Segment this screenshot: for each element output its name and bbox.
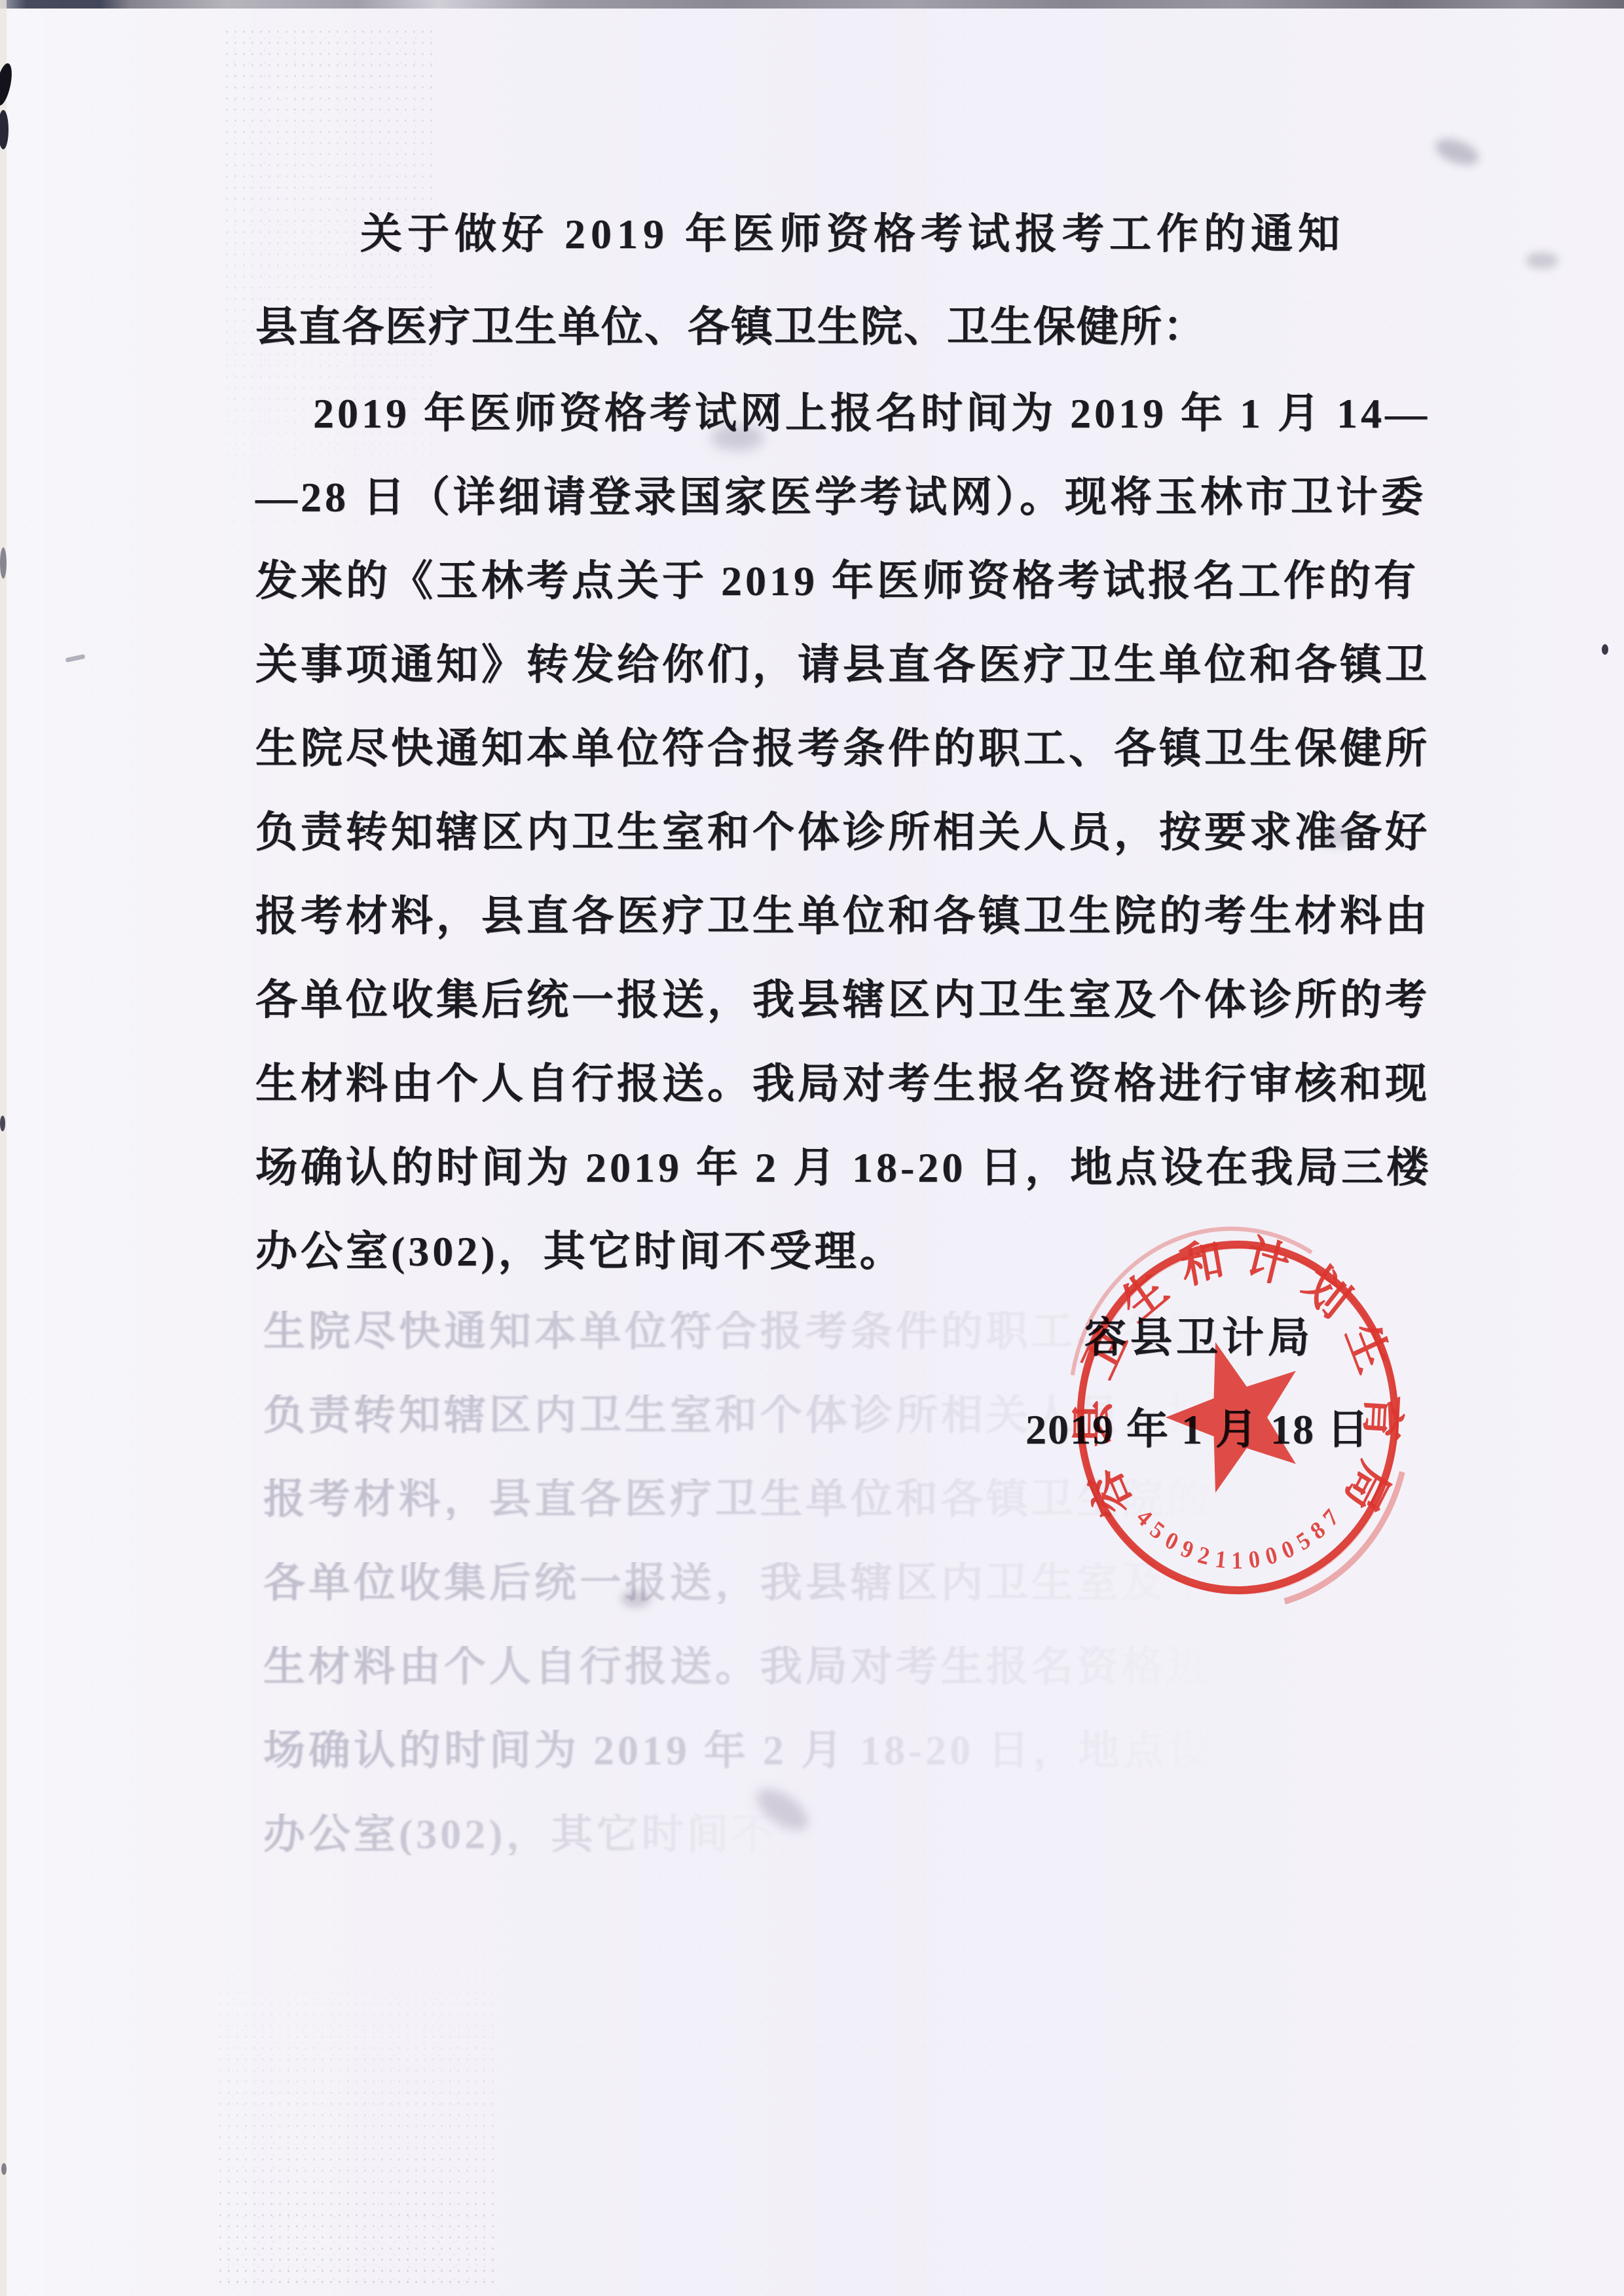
body-line: 发来的《玉林考点关于 2019 年医师资格考试报名工作的有 (255, 560, 1419, 602)
ghost-line: 生材料由个人自行报送。我局对考生报名资格进行审核和现 (263, 1646, 1438, 1688)
body-line: 办公室(302)，其它时间不受理。 (255, 1231, 905, 1273)
body-line: 报考材料，县直各医疗卫生单位和各镇卫生院的考生材料由 (255, 896, 1430, 938)
body-line: 关事项通知》转发给你们，请县直各医疗卫生单位和各镇卫 (255, 644, 1430, 686)
body-line: 生院尽快通知本单位符合报考条件的职工、各镇卫生保健所 (255, 728, 1430, 770)
body-line: 2019 年医师资格考试网上报名时间为 2019 年 1 月 14— (313, 393, 1430, 435)
body-line: 场确认的时间为 2019 年 2 月 18-20 日，地点设在我局三楼 (255, 1147, 1431, 1189)
official-seal: 容县卫生和计划生育局 4509211000587 (1064, 1218, 1418, 1624)
body-line: 生材料由个人自行报送。我局对考生报名资格进行审核和现 (255, 1063, 1430, 1105)
addressee-line: 县直各医疗卫生单位、各镇卫生院、卫生保健所： (255, 306, 1206, 348)
star-icon (1157, 1330, 1310, 1499)
notice-title: 关于做好 2019 年医师资格考试报考工作的通知 (360, 213, 1345, 255)
ghost-line: 办公室(302)，其它时间不受理。 (263, 1813, 913, 1855)
ghost-line: 场确认的时间为 2019 年 2 月 18-20 日，地点设在我局三楼 (263, 1730, 1439, 1772)
body-line: 负责转知辖区内卫生室和个体诊所相关人员，按要求准备好 (255, 812, 1430, 854)
scanned-notice-page: { "page": { "paper_color": "#f4f2f8", "i… (0, 0, 1624, 2296)
body-line: 各单位收集后统一报送，我县辖区内卫生室及个体诊所的考 (255, 979, 1430, 1021)
body-line: —28 日（详细请登录国家医学考试网）。现将玉林市卫计委 (255, 477, 1426, 519)
